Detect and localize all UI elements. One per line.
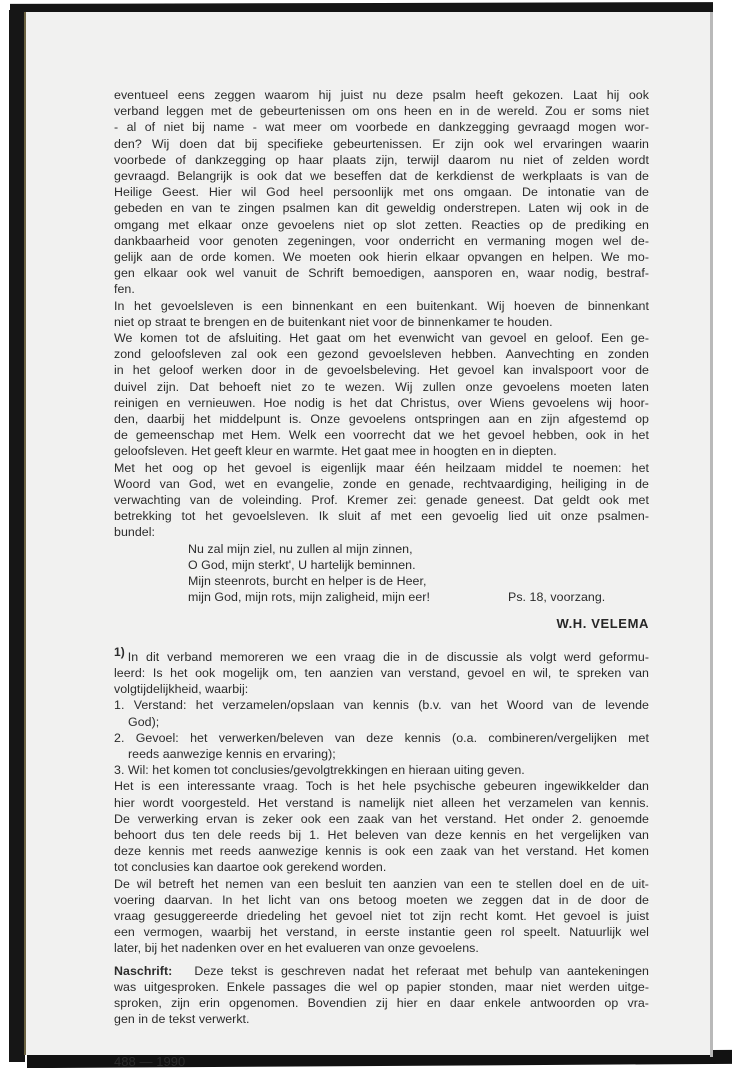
text-line: verband leggen met de gebeurtenissen om … (114, 103, 649, 119)
page-edge-right (710, 12, 713, 1057)
footnote: 1)In dit verband memoreren we een vraag … (114, 649, 649, 957)
text-line: was uitgesproken. Enkele passages die we… (114, 979, 649, 995)
postscript-label: Naschrift: (114, 964, 172, 978)
text-line: zond geloofsleven zal ook een gezond gev… (114, 346, 649, 362)
postscript: Naschrift: Deze tekst is geschreven nada… (114, 963, 649, 1028)
text-line: behoort dus ten dele reeds bij 1. Het be… (114, 827, 649, 843)
text-line: reeds aanwezige kennis en ervaring); (128, 746, 649, 762)
paragraph-1: eventueel eens zeggen waarom hij juist n… (114, 87, 649, 298)
poem-line: Mijn steenrots, burcht en helper is de H… (188, 573, 649, 589)
paragraph-3: We komen tot de afsluiting. Het gaat om … (114, 330, 649, 460)
text-line-content: Deze tekst is geschreven nadat het refer… (194, 964, 649, 978)
paragraph-2: In het gevoelsleven is een binnenkant en… (114, 298, 649, 330)
footnote-intro: 1)In dit verband memoreren we een vraag … (114, 649, 649, 698)
text-line: sproken, zijn erin opgenomen. Bovendien … (114, 995, 649, 1011)
text-line: Het is een interessante vraag. Toch is h… (114, 778, 649, 794)
text-line: 2. Gevoel: het verwerken/beleven van dez… (128, 730, 649, 746)
text-line: een vermogen, waarbij het verstand, in e… (114, 924, 649, 940)
text-line: 1)In dit verband memoreren we een vraag … (114, 649, 649, 665)
text-line: gebeden en van te zingen psalmen kan dit… (114, 200, 649, 216)
text-line: 1. Verstand: het verzamelen/opslaan van … (128, 697, 649, 713)
text-line: We komen tot de afsluiting. Het gaat om … (114, 330, 649, 346)
text-line: den? Wij doen dat bij specifieke gebeurt… (114, 136, 649, 152)
list-item: 1. Verstand: het verzamelen/opslaan van … (114, 697, 649, 729)
text-line: gelijk aan de orde komen. We moeten ook … (114, 249, 649, 265)
text-line: gevraagd. Belangrijk is ook dat we besef… (114, 168, 649, 184)
paragraph-4: Met het oog op het gevoel is eigenlijk m… (114, 460, 649, 541)
text-line: De wil betreft het nemen van een besluit… (114, 876, 649, 892)
poem-line: O God, mijn sterkt', U hartelijk beminne… (188, 557, 649, 573)
text-line: duivel zijn. Dat behoeft niet zo te weze… (114, 379, 649, 395)
text-line: tot conclusies kan daartoe ook gerekend … (114, 859, 649, 875)
text-line: verwachting van de voleinding. Prof. Kre… (114, 492, 649, 508)
text-line: geloofsleven. Het geeft kleur en warmte.… (114, 443, 649, 459)
text-line: Met het oog op het gevoel is eigenlijk m… (114, 460, 649, 476)
text-line: God); (128, 714, 649, 730)
author-signature: W.H. VELEMA (114, 616, 649, 632)
psalm-quote: Nu zal mijn ziel, nu zullen al mijn zinn… (188, 541, 649, 606)
text-line: De verwerking ervan is zeker ook een zaa… (114, 811, 649, 827)
text-line: 3. Wil: het komen tot conclusies/gevolgt… (128, 762, 649, 778)
footnote-paragraph-b: De wil betreft het nemen van een besluit… (114, 876, 649, 957)
text-line-content: In dit verband memoreren we een vraag di… (128, 650, 649, 664)
text-line: den, daarbij het middelpunt is. Onze gev… (114, 411, 649, 427)
text-line: Naschrift: Deze tekst is geschreven nada… (114, 963, 649, 979)
text-line: bundel: (114, 524, 649, 540)
footnote-marker: 1) (114, 645, 125, 659)
text-column: eventueel eens zeggen waarom hij juist n… (114, 87, 649, 1068)
text-line: niet op straat te brengen en de buitenka… (114, 314, 649, 330)
text-line: volgtijdelijkheid, waarbij: (114, 681, 649, 697)
text-line: leerd: Is het ook mogelijk om, ten aanzi… (114, 665, 649, 681)
poem-source: Ps. 18, voorzang. (508, 589, 605, 605)
text-line: voorbede of dankzegging op haar plaats z… (114, 152, 649, 168)
text-line: dankbaarheid voor genoten zegeningen, vo… (114, 233, 649, 249)
list-item: 2. Gevoel: het verwerken/beleven van dez… (114, 730, 649, 762)
text-line: Woord van God, wet en evangelie, zonde e… (114, 476, 649, 492)
scan-frame-left (9, 10, 25, 1062)
text-line: voering daarvan. In het licht van ons be… (114, 892, 649, 908)
text-line: reinigen en vernieuwen. Hoe nodig is het… (114, 395, 649, 411)
text-line: betrekking tot het gevoelsleven. Ik slui… (114, 508, 649, 524)
text-line: deze kennis met reeds aanwezige kennis i… (114, 843, 649, 859)
text-line: fen. (114, 281, 649, 297)
text-line: in het geloof werken door in de gevoelsb… (114, 362, 649, 378)
footnote-list: 1. Verstand: het verzamelen/opslaan van … (114, 697, 649, 778)
poem-line: Nu zal mijn ziel, nu zullen al mijn zinn… (188, 541, 649, 557)
text-line: In het gevoelsleven is een binnenkant en… (114, 298, 649, 314)
text-line: eventueel eens zeggen waarom hij juist n… (114, 87, 649, 103)
text-line: gen in de tekst verwerkt. (114, 1011, 649, 1027)
text-line: vraag gesuggereerde driedeling het gevoe… (114, 908, 649, 924)
text-line: hier wordt voorgesteld. Het verstand is … (114, 795, 649, 811)
text-line: - al of niet bij name - wat meer om voor… (114, 119, 649, 135)
text-line: omgang met elkaar onze gevoelens niet op… (114, 217, 649, 233)
text-line: Heilige Geest. Hier wil God heel persoon… (114, 184, 649, 200)
text-line: de gemeenschap met Hem. Welk een voorrec… (114, 427, 649, 443)
page-number: 488 — 1990 (114, 1054, 649, 1068)
list-item: 3. Wil: het komen tot conclusies/gevolgt… (114, 762, 649, 778)
footnote-paragraph-a: Het is een interessante vraag. Toch is h… (114, 778, 649, 875)
text-line: gen elkaar ook wel vanuit de Schrift bem… (114, 265, 649, 281)
text-line: later, bij het nadenken over en het eval… (114, 940, 649, 956)
